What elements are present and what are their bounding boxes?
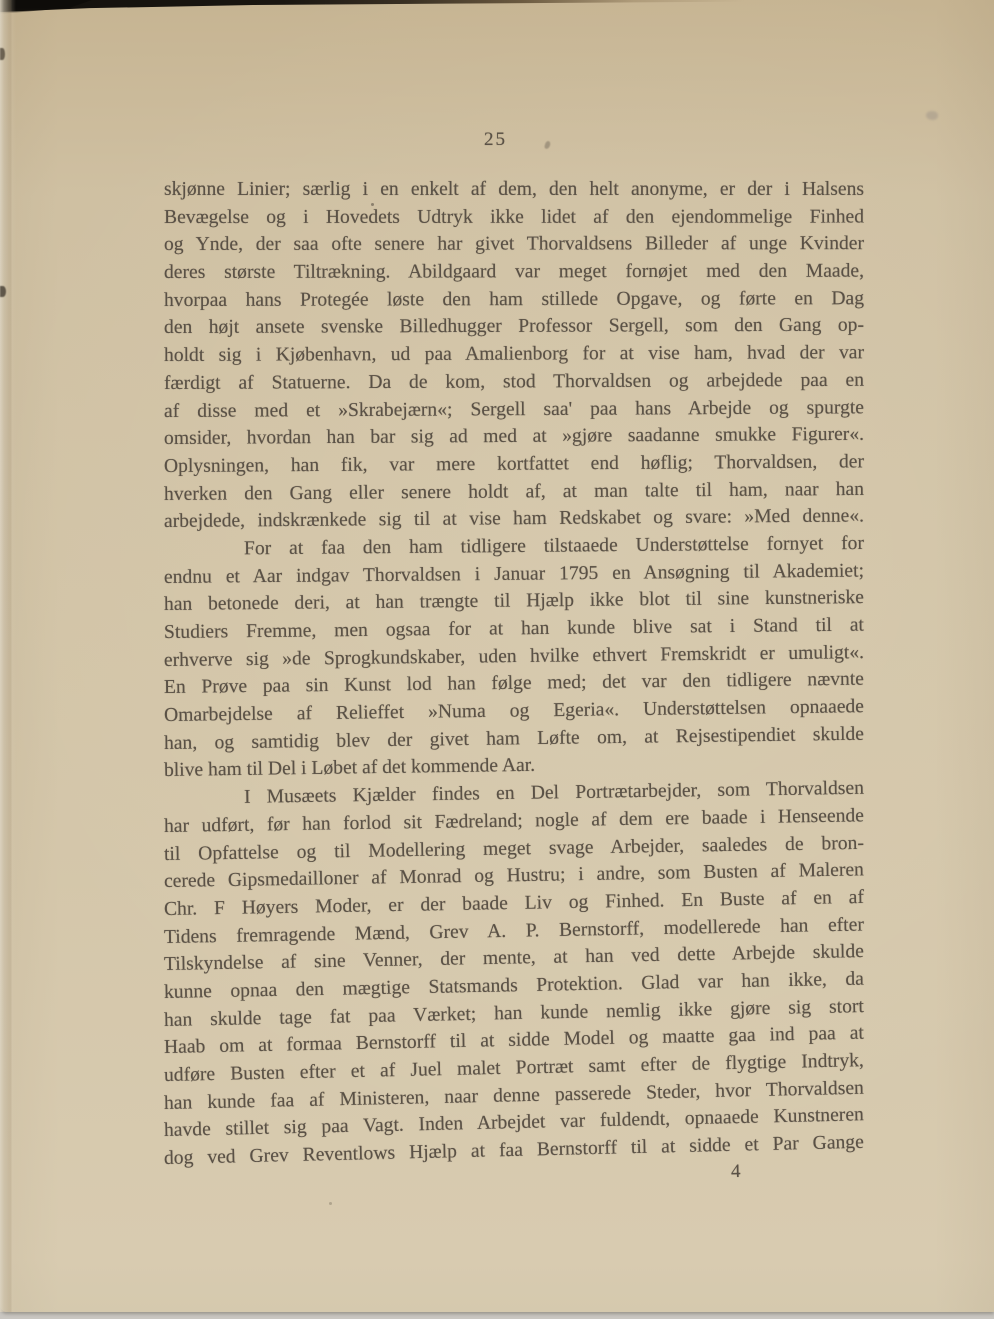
page-left-edge <box>0 0 18 1312</box>
text-line: hvorpaa hans Protegée løste den ham stil… <box>164 285 864 315</box>
ink-speck <box>329 1202 332 1205</box>
scan-canvas: { "page": { "number": "25", "signature_m… <box>0 0 994 1319</box>
left-edge-blemish <box>0 48 5 60</box>
page-number-blemish <box>544 140 551 149</box>
scanned-page: 25 skjønne Linier; særlig i en enkelt af… <box>0 0 994 1312</box>
text-line: deres største Tiltrækning. Abildgaard va… <box>164 258 864 287</box>
text-line: skjønne Linier; særlig i en enkelt af de… <box>164 176 864 204</box>
text-line: og Ynde, der saa ofte senere har givet T… <box>164 230 864 259</box>
paper-smudge <box>926 111 938 120</box>
text-line: færdigt af Statuerne. Da de kom, stod Th… <box>164 367 864 398</box>
scan-edge-top <box>0 0 745 12</box>
signature-mark: 4 <box>731 1161 741 1183</box>
left-edge-blemish <box>0 286 6 297</box>
text-line: den højt ansete svenske Billedhugger Pro… <box>164 312 864 342</box>
body-text: skjønne Linier; særlig i en enkelt af de… <box>164 176 864 1173</box>
text-line: holdt sig i Kjøbenhavn, ud paa Amalienbo… <box>164 339 864 369</box>
text-line: Bevægelse og i Hovedets Udtryk ikke lide… <box>164 203 864 231</box>
page-number: 25 <box>484 129 507 151</box>
